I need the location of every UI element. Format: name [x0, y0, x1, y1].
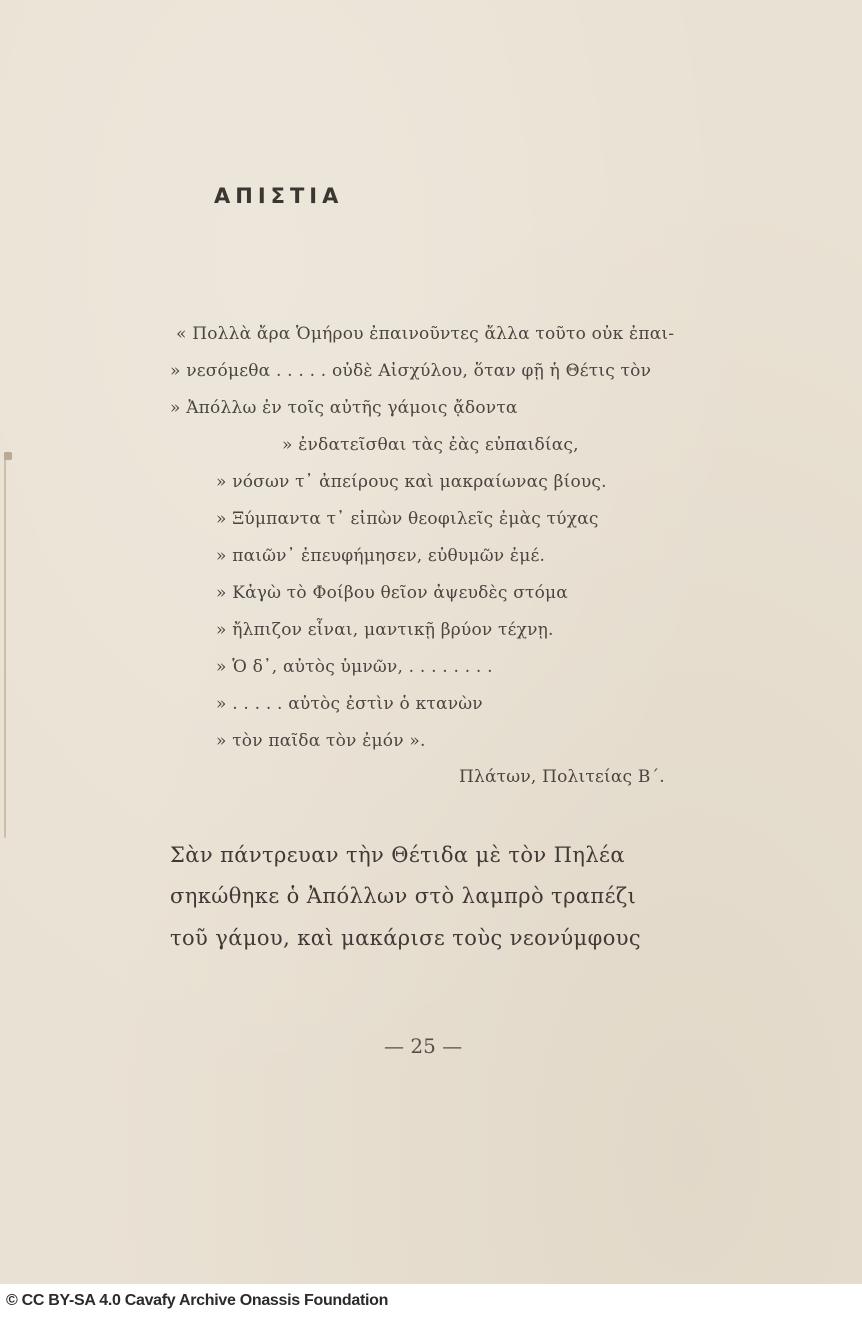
page-number: — 25 —	[384, 1034, 462, 1058]
epigraph-line: » Ξύμπαντα τ᾽ εἰπὼν θεοφιλεῖς ἐμὰς τύχας	[216, 509, 599, 529]
epigraph-line: » παιῶν᾽ ἐπευφήμησεν, εὐθυμῶν ἐμέ.	[216, 546, 545, 566]
epigraph-line: » τὸν παῖδα τὸν ἐμόν ».	[216, 731, 426, 751]
epigraph-line: » . . . . . αὐτὸς ἐστὶν ὁ κτανὼν	[216, 694, 483, 714]
epigraph-attribution: Πλάτων, Πολιτείας Β΄.	[459, 767, 665, 787]
poem-title: ΑΠΙΣΤΙΑ	[214, 184, 343, 208]
epigraph-line: » Ὁ δ᾽, αὐτὸς ὑμνῶν, . . . . . . . .	[216, 657, 493, 677]
epigraph-line: » Ἀπόλλω ἐν τοῖς αὐτῆς γάμοις ᾄδοντα	[170, 398, 518, 418]
poem-line: τοῦ γάμου, καὶ μακάρισε τοὺς νεονύμφους	[170, 926, 641, 950]
epigraph-line: » Κἀγὼ τὸ Φοίβου θεῖον ἀψευδὲς στόμα	[216, 583, 568, 603]
epigraph-line: » ἐνδατεῖσθαι τὰς ἐὰς εὐπαιδίας,	[282, 435, 579, 455]
binding-edge	[4, 452, 6, 838]
copyright-credit: © CC BY-SA 4.0 Cavafy Archive Onassis Fo…	[6, 1292, 388, 1310]
poem-line: σηκώθηκε ὁ Ἀπόλλων στὸ λαμπρὸ τραπέζι	[170, 884, 636, 908]
poem-line: Σὰν πάντρευαν τὴν Θέτιδα μὲ τὸν Πηλέα	[170, 843, 625, 867]
epigraph-line: » ἤλπιζον εἶναι, μαντικῇ βρύον τέχνῃ.	[216, 620, 554, 640]
epigraph-line: » νόσων τ᾽ ἀπείρους καὶ μακραίωνας βίους…	[216, 472, 607, 492]
epigraph-line: » νεσόμεθα . . . . . οὐδὲ Αἰσχύλου, ὅταν…	[170, 361, 651, 381]
scanned-page: ΑΠΙΣΤΙΑ « Πολλὰ ἄρα Ὁμήρου ἐπαινοῦντες ἄ…	[0, 0, 862, 1284]
epigraph-line: « Πολλὰ ἄρα Ὁμήρου ἐπαινοῦντες ἄλλα τοῦτ…	[176, 324, 674, 344]
binding-mark	[4, 452, 12, 460]
